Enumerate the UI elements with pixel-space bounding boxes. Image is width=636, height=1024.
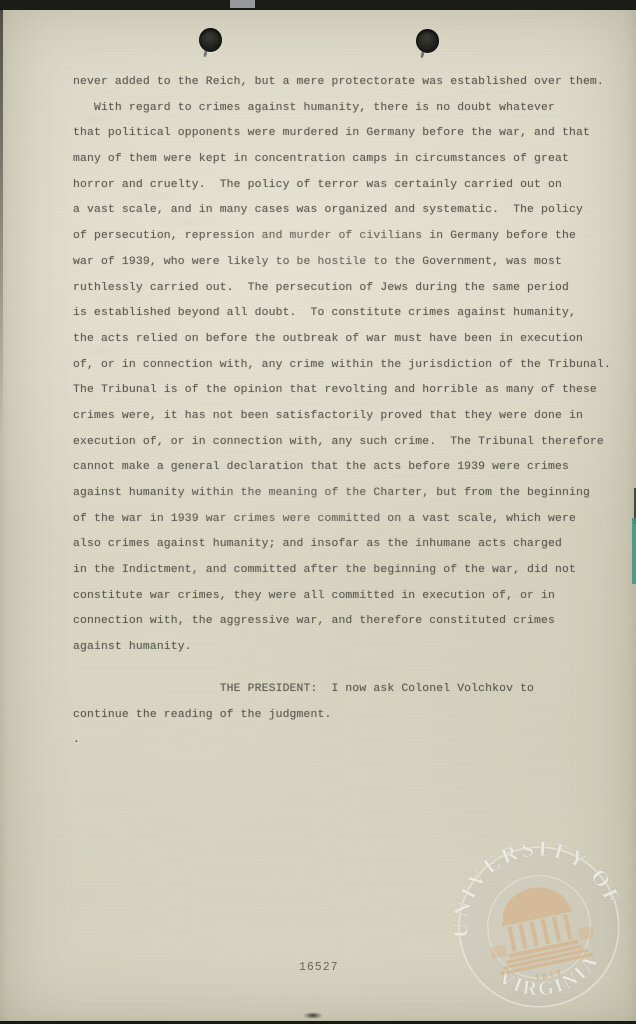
text-line: never added to the Reich, but a mere pro… (73, 70, 618, 96)
punch-hole-right-icon (416, 29, 439, 53)
paper-tear-mark (303, 1012, 323, 1019)
text-line: constitute war crimes, they were all com… (73, 584, 618, 610)
text-line: against humanity. (73, 635, 618, 661)
typewritten-text: never added to the Reich, but a mere pro… (73, 70, 618, 754)
text-line: crimes were, it has not been satisfactor… (73, 404, 618, 430)
text-line: is established beyond all doubt. To cons… (73, 301, 618, 327)
text-line: . (73, 728, 618, 754)
scanner-edge-notch (230, 0, 255, 8)
text-line: execution of, or in connection with, any… (73, 430, 618, 456)
text-line: The Tribunal is of the opinion that revo… (73, 378, 618, 404)
text-line: many of them were kept in concentration … (73, 147, 618, 173)
text-line: connection with, the aggressive war, and… (73, 609, 618, 635)
text-line: cannot make a general declaration that t… (73, 455, 618, 481)
text-line: in the Indictment, and committed after t… (73, 558, 618, 584)
text-line: a vast scale, and in many cases was orga… (73, 198, 618, 224)
text-line: war of 1939, who were likely to be hosti… (73, 250, 618, 276)
text-line: of the war in 1939 war crimes were commi… (73, 507, 618, 533)
text-line: of, or in connection with, any crime wit… (73, 353, 618, 379)
text-line: ruthlessly carried out. The persecution … (73, 276, 618, 302)
text-line: of persecution, repression and murder of… (73, 224, 618, 250)
text-line: THE PRESIDENT: I now ask Colonel Volchko… (73, 677, 618, 703)
text-line: also crimes against humanity; and insofa… (73, 532, 618, 558)
paper-sheet: never added to the Reich, but a mere pro… (0, 0, 636, 1024)
text-line: continue the reading of the judgment. (73, 703, 618, 729)
scanned-document-page: never added to the Reich, but a mere pro… (0, 0, 636, 1024)
text-line: against humanity within the meaning of t… (73, 481, 618, 507)
text-line: the acts relied on before the outbreak o… (73, 327, 618, 353)
edge-artifact-teal (632, 518, 636, 584)
scanner-edge-top (0, 0, 636, 10)
text-line: that political opponents were murdered i… (73, 121, 618, 147)
page-number: 16527 (299, 961, 339, 974)
scanner-edge-left (0, 8, 3, 438)
punch-hole-left-icon (199, 28, 222, 52)
text-line: With regard to crimes against humanity, … (73, 96, 618, 122)
text-line: horror and cruelty. The policy of terror… (73, 173, 618, 199)
uva-seal-watermark: UNIVERSITY OF VIRGINIA 18 (439, 827, 636, 1024)
